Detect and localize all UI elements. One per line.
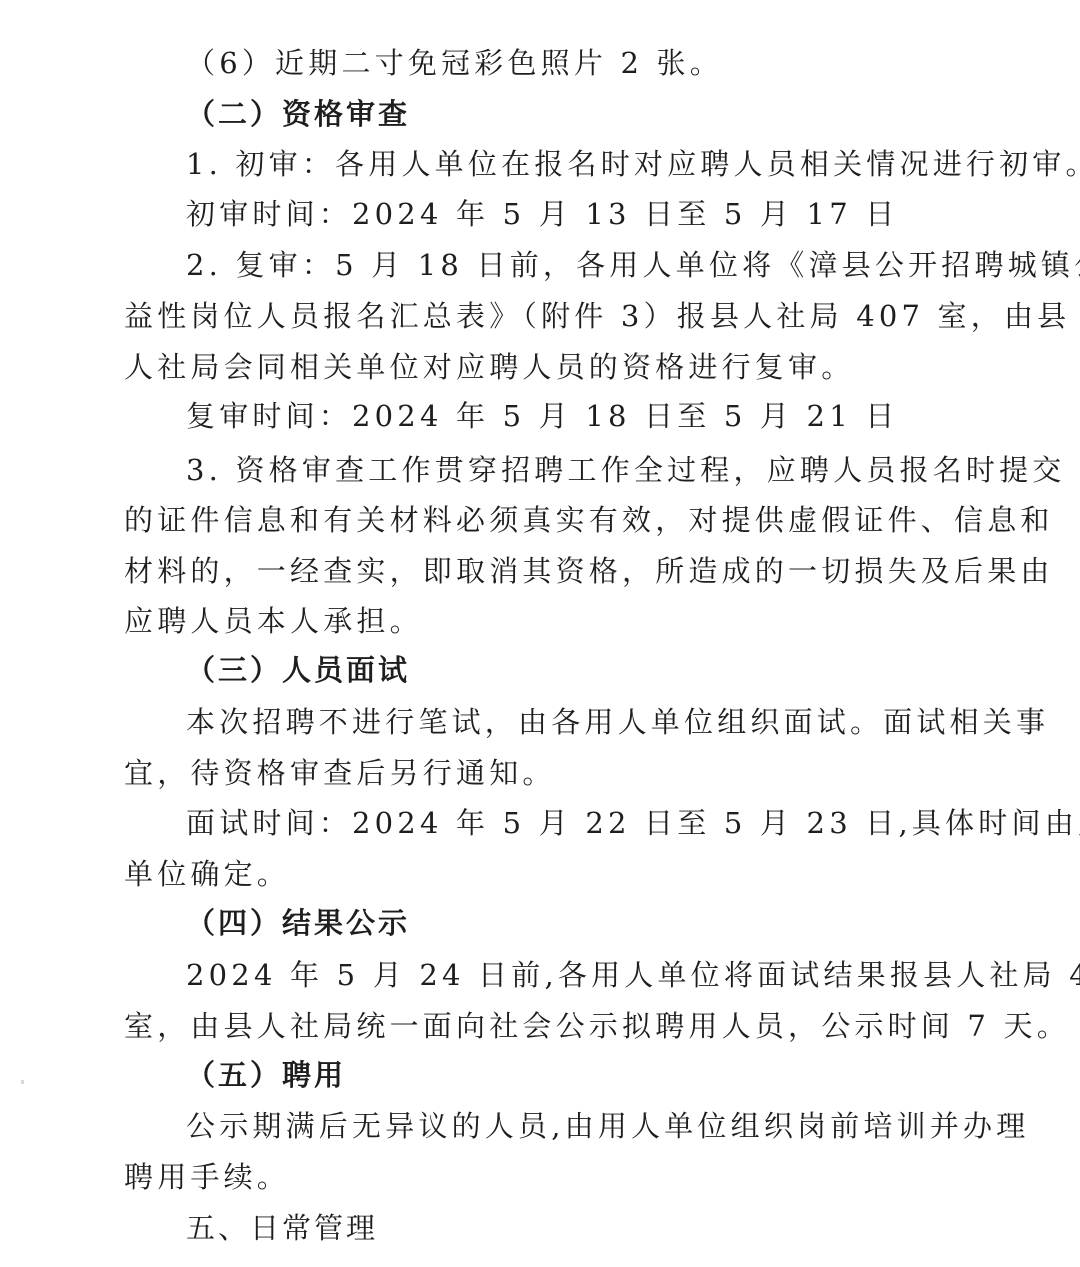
paragraph-results-line1: 2024 年 5 月 24 日前,各用人单位将面试结果报县人社局 407 [186,957,1080,993]
paragraph-interview-line1: 本次招聘不进行笔试，由各用人单位组织面试。面试相关事 [186,704,1049,740]
paragraph-re-review-line1: 2. 复审：5 月 18 日前，各用人单位将《漳县公开招聘城镇公 [186,247,1080,283]
paragraph-review-process-line4: 应聘人员本人承担。 [124,603,423,639]
paragraph-results-line2: 室，由县人社局统一面向社会公示拟聘用人员，公示时间 7 天。 [124,1008,1070,1044]
paragraph-review-process-line1: 3. 资格审查工作贯穿招聘工作全过程，应聘人员报名时提交 [186,452,1066,488]
paragraph-re-review-line3: 人社局会同相关单位对应聘人员的资格进行复审。 [124,349,854,385]
paragraph-initial-review: 1. 初审：各用人单位在报名时对应聘人员相关情况进行初审。 [186,146,1080,182]
heading-qualification-review: （二）资格审查 [186,96,410,132]
paragraph-review-process-line2: 的证件信息和有关材料必须真实有效，对提供虚假证件、信息和 [124,502,1054,538]
initial-review-time: 初审时间：2024 年 5 月 13 日至 5 月 17 日 [186,196,898,232]
document-page: （6）近期二寸免冠彩色照片 2 张。 （二）资格审查 1. 初审：各用人单位在报… [0,0,1080,1267]
section-daily-management: 五、日常管理 [186,1210,378,1246]
paragraph-interview-line2: 宜，待资格审查后另行通知。 [124,755,556,791]
paragraph-review-process-line3: 材料的，一经查实，即取消其资格，所造成的一切损失及后果由 [124,553,1054,589]
paragraph-re-review-line2: 益性岗位人员报名汇总表》（附件 3）报县人社局 407 室，由县 [124,298,1070,334]
heading-results-publicity: （四）结果公示 [186,905,410,941]
paragraph-employment-line2: 聘用手续。 [124,1159,290,1195]
re-review-time: 复审时间：2024 年 5 月 18 日至 5 月 21 日 [186,398,898,434]
heading-interview: （三）人员面试 [186,652,410,688]
paragraph-employment-line1: 公示期满后无异议的人员,由用人单位组织岗前培训并办理 [186,1108,1029,1144]
scan-speck [21,1080,24,1084]
heading-employment: （五）聘用 [186,1057,346,1093]
list-item-photos: （6）近期二寸免冠彩色照片 2 张。 [186,45,723,81]
interview-time-line1: 面试时间：2024 年 5 月 22 日至 5 月 23 日,具体时间由用人 [186,805,1080,841]
interview-time-line2: 单位确定。 [124,856,290,892]
